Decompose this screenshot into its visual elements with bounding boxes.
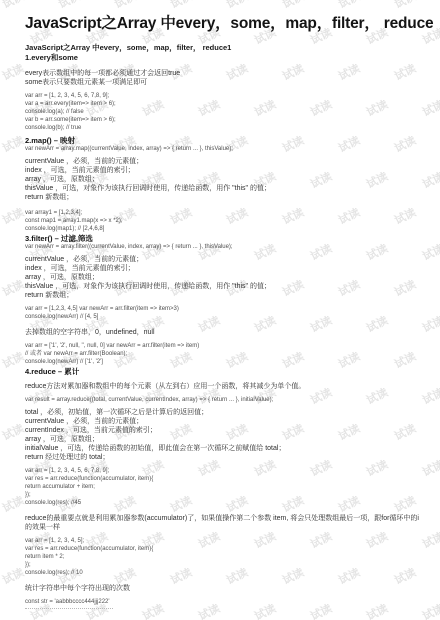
code-line: var array1 = [1,2,3,4];: [25, 209, 422, 217]
param-line: return 经过处理过的 total；: [25, 453, 422, 462]
code-line: console.log(map1); // [2,4,6,8]: [25, 225, 422, 233]
map-params: currentValue ，必须，当前的元素值；index ，可选，当前元素值的…: [25, 157, 422, 202]
code-line: // 或者 var newArr = arr.filter(Boolean);: [25, 350, 422, 358]
section-heading-filter: 3.filter() – 过滤,筛选: [25, 234, 422, 243]
code-line: });: [25, 561, 422, 569]
reduce-description: reduce方法对累加器和数组中的每个元素（从左到右）应用一个函数，将其减少为单…: [25, 382, 422, 391]
code-line: console.log(res); // 10: [25, 569, 422, 577]
every-some-description: every表示数组中的每一项都必须通过才会返回truesome表示只要数组元素某…: [25, 69, 422, 87]
code-line: var arr = [1,2,3, 4,5] var newArr = arr.…: [25, 305, 422, 313]
param-line: index ，可选，当前元素值的索引；: [25, 264, 422, 273]
reduce-signature-code: var result = array.reduce((total, curren…: [25, 396, 422, 404]
param-line: return 新数组；: [25, 193, 422, 202]
subtitle-line: JavaScript之Array 中every，some，map，filter，…: [25, 43, 422, 53]
code-line: var res = arr.reduce(function(accumulato…: [25, 475, 422, 483]
code-line: console.log(a); // false: [25, 108, 422, 116]
param-line: index ，可选，当前元素值的索引；: [25, 166, 422, 175]
param-line: array ，可选，原数组；: [25, 435, 422, 444]
char-count-code: const str = 'aabbbcccc444jjj222': [25, 598, 422, 606]
param-line: array ，可选，原数组；: [25, 273, 422, 282]
code-line: var arr = [1, 2, 3, 4, 5];: [25, 537, 422, 545]
param-line: thisValue ，可选，对象作为该执行回调时使用，传递给函数，用作 "thi…: [25, 282, 422, 291]
text-line: some表示只要数组元素某一项满足即可: [25, 78, 422, 87]
char-count-note: 统计字符串中每个字符出现的次数: [25, 584, 422, 593]
reduce-sum-code: var arr = [1, 2, 3, 4, 5, 6, 7,8, 9];var…: [25, 467, 422, 507]
section-heading-every-some: 1.every和some: [25, 53, 422, 63]
code-line: return item * 2;: [25, 553, 422, 561]
filter-note: 去掉数组的空字符串，0，undefined，null: [25, 328, 422, 337]
filter-boolean-code: var arr = ['1', '2', null, '', null, 0] …: [25, 342, 422, 366]
code-line: });: [25, 491, 422, 499]
article-content: JavaScript之Array 中every，some，map，filter，…: [0, 0, 440, 609]
filter-signature-code: var newArr = array.filter((currentValue,…: [25, 243, 422, 251]
code-line: console.log(newArr) // ['1', '2']: [25, 358, 422, 366]
squiggle-underline: [25, 608, 113, 609]
code-line: return accumulator + item;: [25, 483, 422, 491]
code-line: const map1 = array1.map(x => x *2);: [25, 217, 422, 225]
param-line: initialValue ，可选，传递给函数的初始值，即此值会在第一次循环之前赋…: [25, 444, 422, 453]
code-line: var b = arr.some(item=> item > 6);: [25, 116, 422, 124]
section-heading-map: 2.map() – 映射: [25, 136, 422, 145]
param-line: array ，可选，原数组；: [25, 175, 422, 184]
article-subtitle-block: JavaScript之Array 中every，some，map，filter，…: [25, 43, 422, 62]
reduce-params: total ，必须，初始值，第一次循环之后是计算后的返回值；currentVal…: [25, 408, 422, 462]
code-line: console.log(res); //45: [25, 499, 422, 507]
code-line: console.log(newArr) // [4, 5]: [25, 313, 422, 321]
code-line: var a = arr.every(item=> item > 6);: [25, 100, 422, 108]
reduce-item-code: var arr = [1, 2, 3, 4, 5];var res = arr.…: [25, 537, 422, 577]
text-line: every表示数组中的每一项都必须通过才会返回true: [25, 69, 422, 78]
code-line: var arr = [1, 2, 3, 4, 5, 6, 7,8, 9];: [25, 467, 422, 475]
filter-example-code: var arr = [1,2,3, 4,5] var newArr = arr.…: [25, 305, 422, 321]
section-heading-reduce: 4.reduce – 累计: [25, 367, 422, 376]
param-line: currentValue ，必须，当前的元素值；: [25, 417, 422, 426]
filter-params: currentValue ，必须，当前的元素值；index ，可选，当前元素值的…: [25, 255, 422, 300]
param-line: currentIndex ，可选，当前元素值的索引；: [25, 426, 422, 435]
param-line: currentValue ，必须，当前的元素值；: [25, 157, 422, 166]
code-line: console.log(b); // true: [25, 124, 422, 132]
every-some-code: var arr = [1, 2, 3, 4, 5, 6, 7,8, 9];var…: [25, 92, 422, 132]
reduce-accumulator-note: reduce的最重要点就是利用累加器参数(accumulator)了，如果值操作…: [25, 514, 422, 532]
code-line: const str = 'aabbbcccc444jjj222': [25, 598, 422, 606]
document-page: 试读试读试读试读试读试读试读试读试读试读试读试读试读试读试读试读试读试读试读试读…: [0, 0, 440, 620]
param-line: return 新数组；: [25, 291, 422, 300]
param-line: currentValue ，必须，当前的元素值；: [25, 255, 422, 264]
code-line: var arr = [1, 2, 3, 4, 5, 6, 7,8, 9];: [25, 92, 422, 100]
param-line: thisValue ，可选，对象作为该执行回调时使用，传递给函数，用作 "thi…: [25, 184, 422, 193]
code-line: var res = arr.reduce(function(accumulato…: [25, 545, 422, 553]
map-signature-code: var newArr = array.map((currentValue, in…: [25, 145, 422, 153]
code-line: var arr = ['1', '2', null, '', null, 0] …: [25, 342, 422, 350]
page-title: JavaScript之Array 中every，some，map，filter，…: [25, 14, 422, 34]
param-line: total ，必须，初始值，第一次循环之后是计算后的返回值；: [25, 408, 422, 417]
map-example-code: var array1 = [1,2,3,4];const map1 = arra…: [25, 209, 422, 233]
